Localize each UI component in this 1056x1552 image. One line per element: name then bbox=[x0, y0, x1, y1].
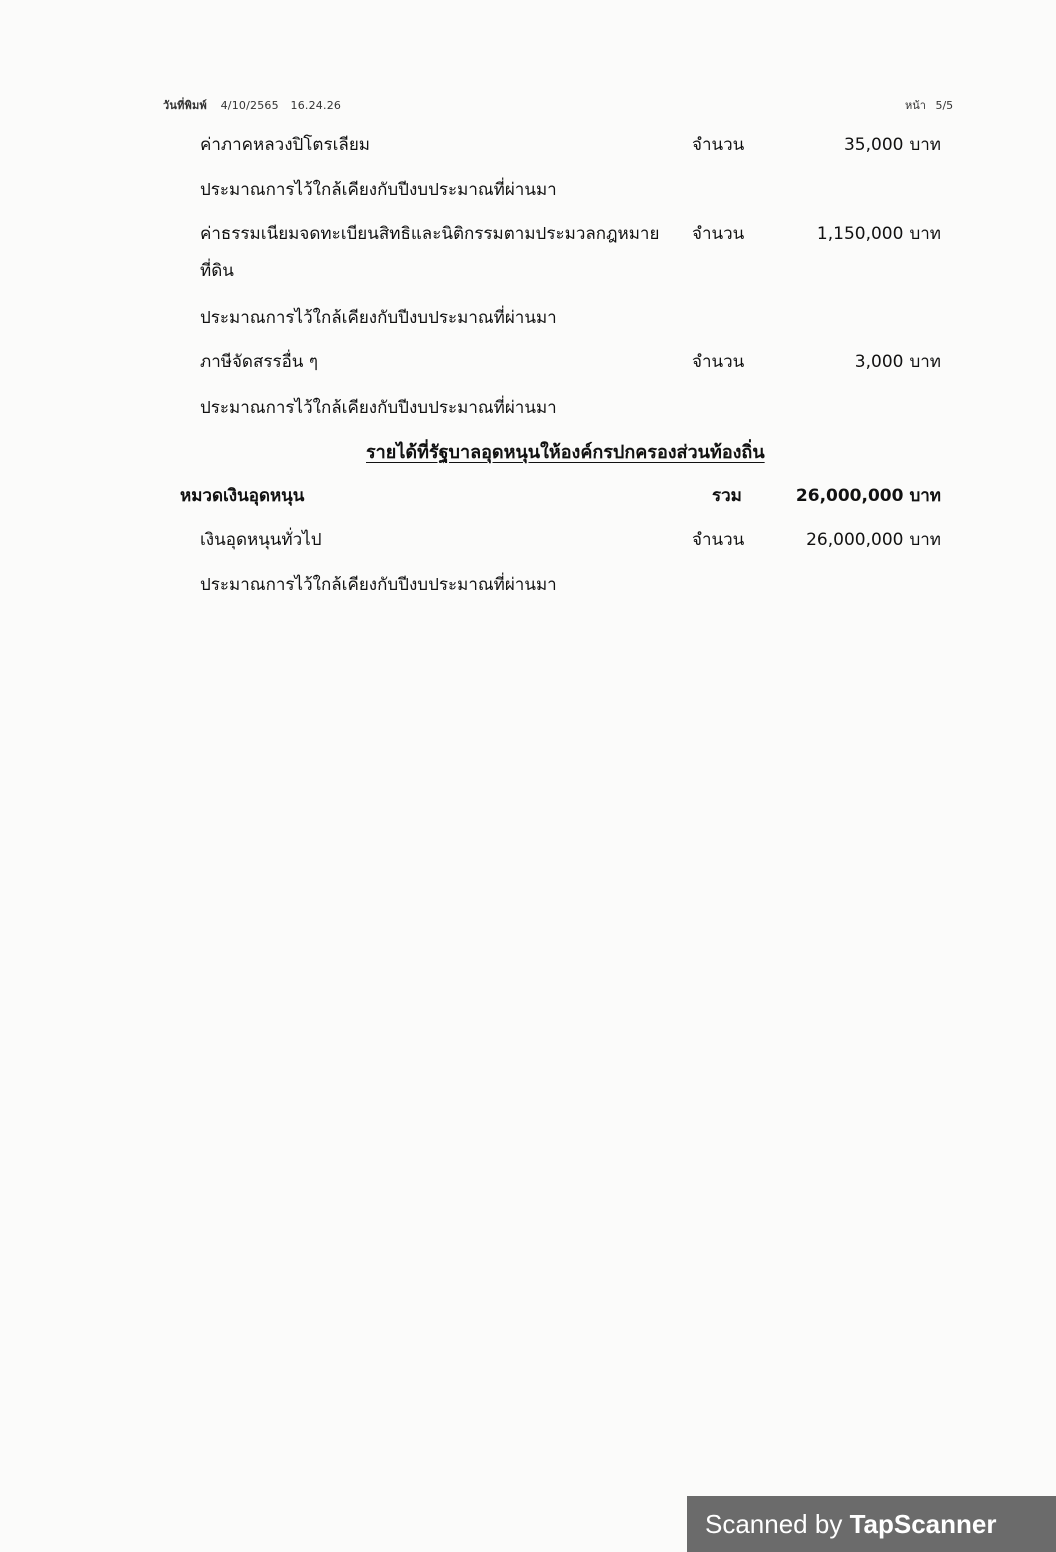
amount-unit: บาท bbox=[909, 352, 941, 372]
item-note: ประมาณการไว้ใกล้เคียงกับปีงบประมาณที่ผ่า… bbox=[200, 573, 670, 597]
item-amount: 26,000,000บาท bbox=[806, 528, 941, 552]
category-label: หมวดเงินอุดหนุน bbox=[180, 484, 650, 508]
item-qty-label: จำนวน bbox=[692, 350, 744, 374]
item-label-continuation: ที่ดิน bbox=[200, 259, 670, 283]
item-qty-label: จำนวน bbox=[692, 528, 744, 552]
scanner-watermark: Scanned by TapScanner bbox=[687, 1496, 1056, 1552]
amount-unit: บาท bbox=[909, 224, 941, 244]
category-qty-label: รวม bbox=[712, 484, 742, 508]
item-amount: 3,000บาท bbox=[855, 350, 941, 374]
amount-value: 3,000 bbox=[855, 352, 904, 372]
watermark-prefix: Scanned by bbox=[705, 1509, 850, 1539]
item-qty-label: จำนวน bbox=[692, 133, 744, 157]
item-note: ประมาณการไว้ใกล้เคียงกับปีงบประมาณที่ผ่า… bbox=[200, 306, 670, 330]
page-indicator: หน้า 5/5 bbox=[905, 96, 953, 114]
print-date: 4/10/2565 bbox=[221, 99, 279, 112]
item-note: ประมาณการไว้ใกล้เคียงกับปีงบประมาณที่ผ่า… bbox=[200, 396, 670, 420]
print-time: 16.24.26 bbox=[291, 99, 342, 112]
amount-value: 1,150,000 bbox=[817, 224, 904, 244]
item-label: เงินอุดหนุนทั่วไป bbox=[200, 528, 670, 552]
section-heading: รายได้ที่รัฐบาลอุดหนุนให้องค์กรปกครองส่ว… bbox=[366, 440, 765, 466]
amount-value: 26,000,000 bbox=[796, 486, 904, 506]
amount-value: 35,000 bbox=[844, 135, 903, 155]
amount-unit: บาท bbox=[909, 486, 941, 506]
item-label: ค่าธรรมเนียมจดทะเบียนสิทธิและนิติกรรมตาม… bbox=[200, 222, 670, 246]
amount-unit: บาท bbox=[909, 530, 941, 550]
watermark-brand: TapScanner bbox=[850, 1509, 997, 1539]
print-info: วันที่พิมพ์ 4/10/2565 16.24.26 bbox=[163, 96, 341, 114]
document-page: วันที่พิมพ์ 4/10/2565 16.24.26 หน้า 5/5 … bbox=[0, 0, 1056, 1552]
item-label: ค่าภาคหลวงปิโตรเลียม bbox=[200, 133, 670, 157]
page-label: หน้า bbox=[905, 99, 926, 112]
item-note: ประมาณการไว้ใกล้เคียงกับปีงบประมาณที่ผ่า… bbox=[200, 178, 670, 202]
amount-value: 26,000,000 bbox=[806, 530, 903, 550]
category-amount: 26,000,000บาท bbox=[796, 484, 941, 508]
item-amount: 35,000บาท bbox=[844, 133, 941, 157]
item-label: ภาษีจัดสรรอื่น ๆ bbox=[200, 350, 670, 374]
amount-unit: บาท bbox=[909, 135, 941, 155]
item-amount: 1,150,000บาท bbox=[817, 222, 941, 246]
item-qty-label: จำนวน bbox=[692, 222, 744, 246]
page-number: 5/5 bbox=[935, 99, 953, 112]
print-label: วันที่พิมพ์ bbox=[163, 99, 207, 112]
